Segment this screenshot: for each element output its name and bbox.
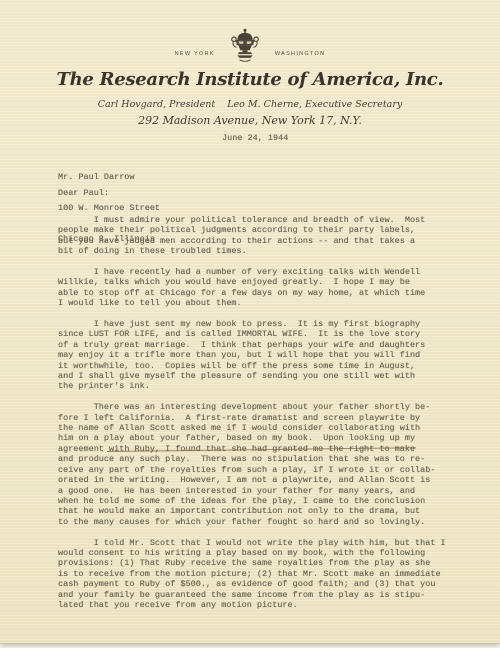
letter-line: provisions: (1) That Ruby receive the sa…: [58, 558, 452, 568]
letter-line: a good one. He has been interested in yo…: [58, 486, 452, 496]
recipient-name: Mr. Paul Darrow: [58, 172, 160, 182]
letterhead-emblem-row: NEW YORK: [0, 26, 500, 66]
letter-line: to the many causes for which your father…: [58, 517, 452, 527]
letter-line: cash payment to Ruby of $500., as eviden…: [58, 579, 452, 589]
letter-line: and I shall give myself the pleasure of …: [58, 371, 452, 381]
letter-line: agreement with Ruby, I found that she ha…: [58, 444, 452, 454]
letter-line: may enjoy it a trifle more than you, but…: [58, 350, 452, 360]
letter-line: lated that you receive from any motion p…: [58, 600, 452, 610]
letter-line: There was an interesting development abo…: [58, 402, 452, 412]
letter-line: ceive any part of the royalties from suc…: [58, 465, 452, 475]
org-name: The Research Institute of America, Inc.: [0, 69, 500, 90]
letter-line: it worthwhile, too. Copies will be off t…: [58, 361, 452, 371]
letter-line: I have just sent my new book to press. I…: [58, 319, 452, 329]
recipient-street: 100 W. Monroe Street: [58, 203, 160, 213]
letter-line: that he would make an important contribu…: [58, 506, 452, 516]
letter-line: Willkie, talks which you would have enjo…: [58, 277, 452, 287]
letter-line: and your family be guaranteed the same i…: [58, 590, 452, 600]
letter-line: orated in the writing. However, I am not…: [58, 475, 452, 485]
letter-line: I told Mr. Scott that I would not write …: [58, 538, 452, 548]
letterhead-officers: Carl Hovgard, President Leo M. Cherne, E…: [0, 99, 500, 110]
letter-line: him on a play about your father, based o…: [58, 433, 452, 443]
letter-line: I have recently had a number of very exc…: [58, 267, 452, 277]
letter-line: and produce any such play. There was no …: [58, 454, 452, 464]
letter-date: June 24, 1944: [222, 133, 288, 143]
letter-line: able to stop off at Chicago for a few da…: [58, 288, 452, 298]
paragraph: I have just sent my new book to press. I…: [58, 319, 452, 392]
letter-line: people make their political judgments ac…: [58, 225, 452, 235]
letter-line: I must admire your political tolerance a…: [58, 215, 452, 225]
letter-line: is to receive from the motion picture; (…: [58, 569, 452, 579]
letter-line: the name of Allan Scott asked me if I wo…: [58, 423, 452, 433]
letter-body: I must admire your political tolerance a…: [58, 215, 452, 610]
letter-line: of a truly great marriage. I think that …: [58, 340, 452, 350]
letter-line: but you have judged men according to the…: [58, 236, 452, 246]
paragraph: There was an interesting development abo…: [58, 402, 452, 527]
letterhead-city-right: WASHINGTON: [275, 51, 326, 57]
paragraph: I told Mr. Scott that I would not write …: [58, 538, 452, 611]
text-segment: agreement: [58, 444, 109, 454]
institute-crest-icon: [228, 26, 262, 66]
scanned-letter-page: NEW YORK: [0, 0, 500, 648]
letter-line: would consent to his writing a play base…: [58, 548, 452, 558]
paragraph: I have recently had a number of very exc…: [58, 267, 452, 309]
salutation: Dear Paul:: [58, 188, 109, 198]
letter-line: when he told me some of the ideas for th…: [58, 496, 452, 506]
letterhead-address: 292 Madison Avenue, New York 17, N.Y.: [0, 114, 500, 127]
letter-line: I would like to tell you about them.: [58, 298, 452, 308]
letter-line: since LUST FOR LIFE, and is called IMMOR…: [58, 329, 452, 339]
letter-line: bit of doing in these troubled times.: [58, 246, 452, 256]
letter-line: the printer's ink.: [58, 381, 452, 391]
letter-paper: NEW YORK: [0, 0, 500, 644]
pen-underline-mark: with Ruby, I found that she had granted …: [109, 444, 415, 454]
paragraph: I must admire your political tolerance a…: [58, 215, 452, 257]
letterhead-city-left: NEW YORK: [175, 51, 215, 57]
letter-line: fore I left California. A first-rate dra…: [58, 413, 452, 423]
